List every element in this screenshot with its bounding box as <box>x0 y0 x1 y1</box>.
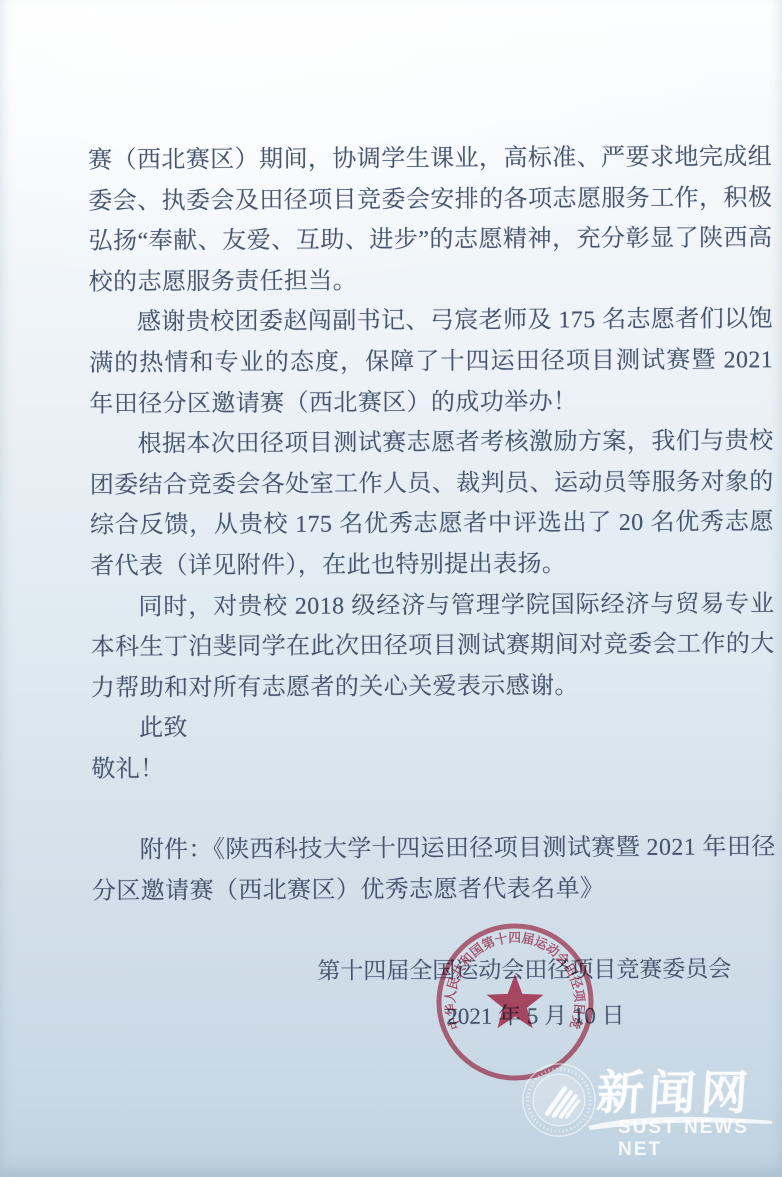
watermark-subtitle-en: SUST NEWS NET <box>618 1117 782 1161</box>
letter-paragraph: 根据本次田径项目测试赛志愿者考核激励方案，我们与贵校团委结合竞委会各处室工作人员… <box>89 421 774 587</box>
attachment-line: 附件：《陕西科技大学十四运田径项目测试赛暨 2021 年田径分区邀请赛（西北赛区… <box>92 827 776 912</box>
watermark-title-cn: 新闻网 <box>595 1056 756 1123</box>
official-red-seal: 中华人民共和国第十四届运动会田径项目竞赛委员会 <box>425 912 605 1092</box>
letter-paragraph: 赛（西北赛区）期间，协调学生课业，高标准、严要求地完成组委会、执委会及田径项目竞… <box>88 137 773 303</box>
scanned-letter-page: 赛（西北赛区）期间，协调学生课业，高标准、严要求地完成组委会、执委会及田径项目竞… <box>0 0 782 1177</box>
letter-paragraph: 感谢贵校团委赵闯副书记、弓宸老师及 175 名志愿者们以饱满的热情和专业的态度，… <box>89 300 774 425</box>
salutation: 敬礼！ <box>91 746 775 790</box>
letter-paragraph: 同时，对贵校 2018 级经济与管理学院国际经济与贸易专业本科生丁泊斐同学在此次… <box>90 584 775 709</box>
salutation-prefix: 此致 <box>91 706 775 750</box>
star-icon <box>486 974 543 1028</box>
spacer <box>91 787 775 831</box>
letter-body: 赛（西北赛区）期间，协调学生课业，高标准、严要求地完成组委会、执委会及田径项目竞… <box>88 137 777 1040</box>
brush-stroke-underline <box>586 1113 776 1131</box>
